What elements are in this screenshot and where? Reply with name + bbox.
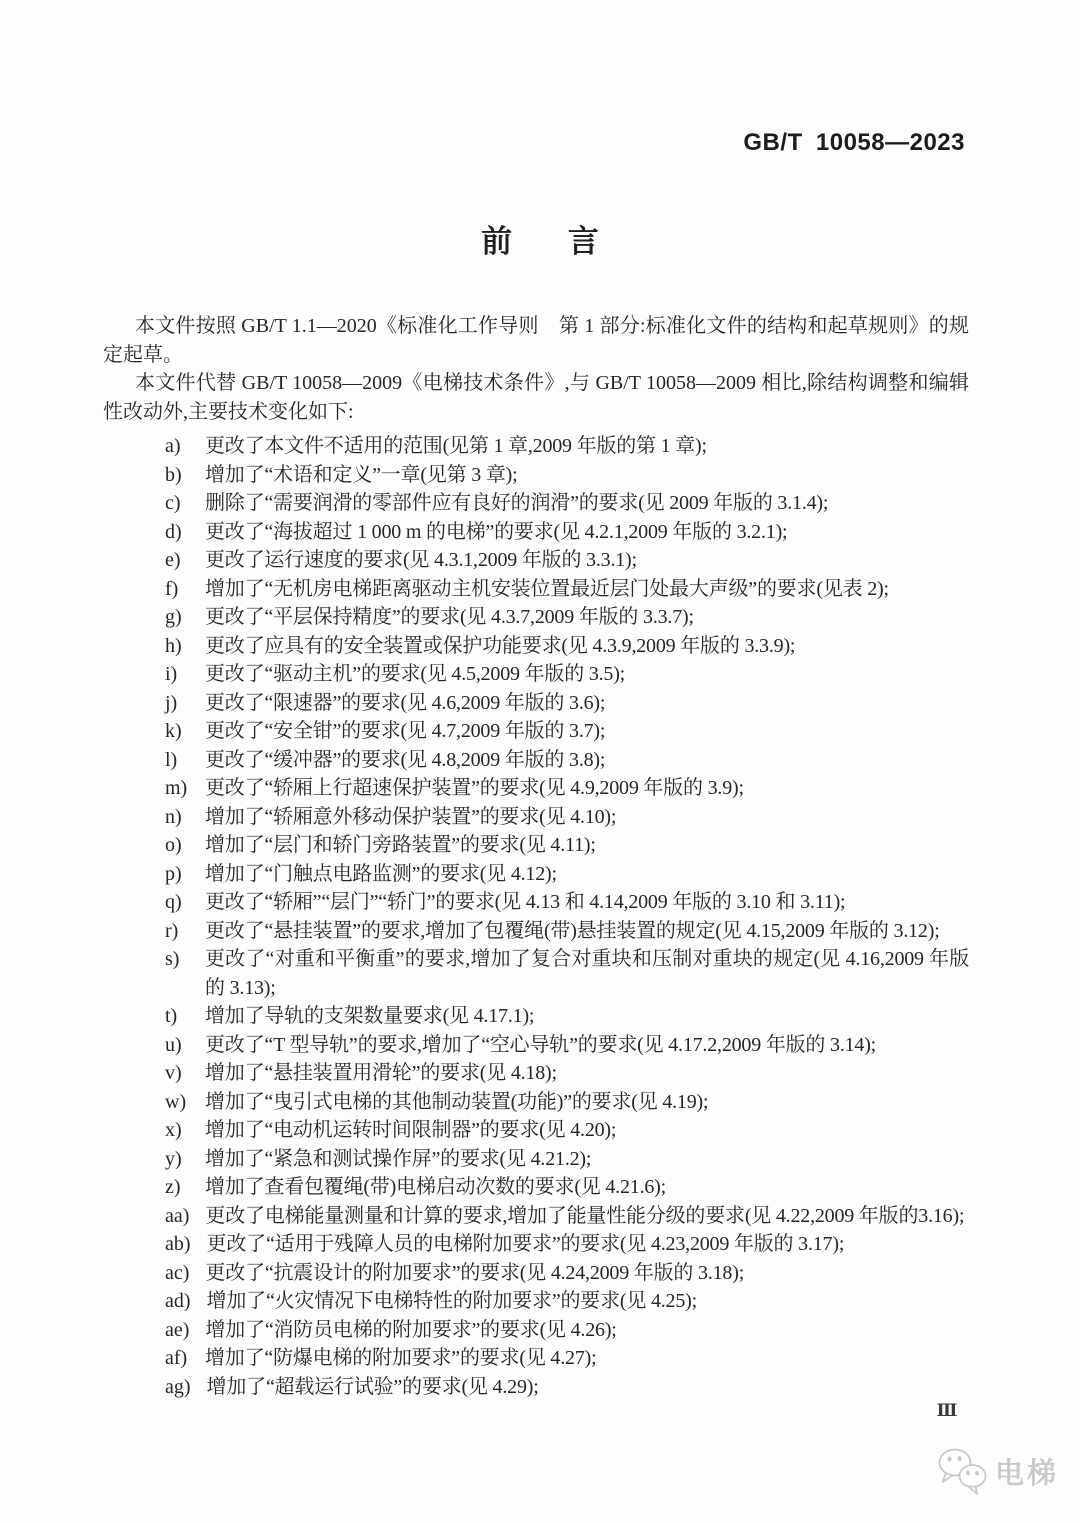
change-item-label: w) [165, 1088, 189, 1117]
change-item: ac) 更改了“抗震设计的附加要求”的要求(见 4.24,2009 年版的 3.… [103, 1259, 969, 1288]
change-item-text: 更改了“海拔超过 1 000 m 的电梯”的要求(见 4.2.1,2009 年版… [205, 518, 969, 547]
change-item-label: ad) [165, 1287, 191, 1316]
change-item: r) 更改了“悬挂装置”的要求,增加了包覆绳(带)悬挂装置的规定(见 4.15,… [103, 917, 969, 946]
change-item-label: aa) [165, 1202, 189, 1231]
change-item-text: 更改了“驱动主机”的要求(见 4.5,2009 年版的 3.5); [205, 660, 969, 689]
change-item: g) 更改了“平层保持精度”的要求(见 4.3.7,2009 年版的 3.3.7… [103, 603, 969, 632]
change-item-text: 增加了“火灾情况下电梯特性的附加要求”的要求(见 4.25); [207, 1287, 969, 1316]
change-item-label: g) [165, 603, 189, 632]
change-item-label: b) [165, 461, 189, 490]
page-number: Ⅲ [930, 1401, 964, 1421]
change-item: e) 更改了运行速度的要求(见 4.3.1,2009 年版的 3.3.1); [103, 546, 969, 575]
change-item: p) 增加了“门触点电路监测”的要求(见 4.12); [103, 860, 969, 889]
change-item-label: af) [165, 1344, 189, 1373]
change-item-text: 更改了本文件不适用的范围(见第 1 章,2009 年版的第 1 章); [205, 432, 969, 461]
change-item: y) 增加了“紧急和测试操作屏”的要求(见 4.21.2); [103, 1145, 969, 1174]
change-item-text: 更改了“悬挂装置”的要求,增加了包覆绳(带)悬挂装置的规定(见 4.15,200… [205, 917, 969, 946]
change-item-text: 增加了“门触点电路监测”的要求(见 4.12); [205, 860, 969, 889]
change-item-label: o) [165, 831, 189, 860]
change-item-label: k) [165, 717, 189, 746]
change-item-label: ac) [165, 1259, 189, 1288]
change-item-label: u) [165, 1031, 189, 1060]
change-item-text: 增加了查看包覆绳(带)电梯启动次数的要求(见 4.21.6); [205, 1173, 969, 1202]
change-item: q) 更改了“轿厢”“层门”“轿门”的要求(见 4.13 和 4.14,2009… [103, 888, 969, 917]
change-item: x) 增加了“电动机运转时间限制器”的要求(见 4.20); [103, 1116, 969, 1145]
change-item-text: 更改了“安全钳”的要求(见 4.7,2009 年版的 3.7); [205, 717, 969, 746]
document-page: GB/T 10058—2023 前言 本文件按照 GB/T 1.1—2020《标… [0, 0, 1080, 1523]
change-item-text: 增加了“曳引式电梯的其他制动装置(功能)”的要求(见 4.19); [205, 1088, 969, 1117]
change-item: o) 增加了“层门和轿门旁路装置”的要求(见 4.11); [103, 831, 969, 860]
change-item-text: 更改了“平层保持精度”的要求(见 4.3.7,2009 年版的 3.3.7); [205, 603, 969, 632]
wechat-icon [936, 1446, 990, 1496]
change-item-text: 删除了“需要润滑的零部件应有良好的润滑”的要求(见 2009 年版的 3.1.4… [205, 489, 969, 518]
change-item: z) 增加了查看包覆绳(带)电梯启动次数的要求(见 4.21.6); [103, 1173, 969, 1202]
change-item-label: y) [165, 1145, 189, 1174]
change-item: f) 增加了“无机房电梯距离驱动主机安装位置最近层门处最大声级”的要求(见表 2… [103, 575, 969, 604]
change-item-label: c) [165, 489, 189, 518]
change-item: t) 增加了导轨的支架数量要求(见 4.17.1); [103, 1002, 969, 1031]
change-item-label: v) [165, 1059, 189, 1088]
change-item-label: t) [165, 1002, 189, 1031]
change-item-label: ae) [165, 1316, 189, 1345]
change-item-label: x) [165, 1116, 189, 1145]
change-item: ad) 增加了“火灾情况下电梯特性的附加要求”的要求(见 4.25); [103, 1287, 969, 1316]
foreword-paragraph: 本文件按照 GB/T 1.1—2020《标准化工作导则 第 1 部分:标准化文件… [103, 312, 969, 369]
change-item: af) 增加了“防爆电梯的附加要求”的要求(见 4.27); [103, 1344, 969, 1373]
change-item-text: 更改了电梯能量测量和计算的要求,增加了能量性能分级的要求(见 4.22,2009… [205, 1202, 969, 1231]
change-item: k) 更改了“安全钳”的要求(见 4.7,2009 年版的 3.7); [103, 717, 969, 746]
change-item: n) 增加了“轿厢意外移动保护装置”的要求(见 4.10); [103, 803, 969, 832]
foreword-content: 本文件按照 GB/T 1.1—2020《标准化工作导则 第 1 部分:标准化文件… [103, 312, 969, 1401]
change-item: j) 更改了“限速器”的要求(见 4.6,2009 年版的 3.6); [103, 689, 969, 718]
change-item-text: 增加了“消防员电梯的附加要求”的要求(见 4.26); [205, 1316, 969, 1345]
change-item-text: 增加了“无机房电梯距离驱动主机安装位置最近层门处最大声级”的要求(见表 2); [205, 575, 969, 604]
change-item-label: ab) [165, 1230, 191, 1259]
change-item-label: h) [165, 632, 189, 661]
change-item-label: j) [165, 689, 189, 718]
change-item-label: z) [165, 1173, 189, 1202]
change-item-text: 增加了“层门和轿门旁路装置”的要求(见 4.11); [205, 831, 969, 860]
change-item-text: 更改了“限速器”的要求(见 4.6,2009 年版的 3.6); [205, 689, 969, 718]
change-item-label: q) [165, 888, 189, 917]
change-item: ae) 增加了“消防员电梯的附加要求”的要求(见 4.26); [103, 1316, 969, 1345]
change-list: a) 更改了本文件不适用的范围(见第 1 章,2009 年版的第 1 章); b… [103, 432, 969, 1401]
watermark-label: 电梯 [995, 1451, 1059, 1492]
change-item: v) 增加了“悬挂装置用滑轮”的要求(见 4.18); [103, 1059, 969, 1088]
foreword-paragraph: 本文件代替 GB/T 10058—2009《电梯技术条件》,与 GB/T 100… [103, 369, 969, 426]
change-item: ag) 增加了“超载运行试验”的要求(见 4.29); [103, 1373, 969, 1402]
change-item-text: 更改了“抗震设计的附加要求”的要求(见 4.24,2009 年版的 3.18); [205, 1259, 969, 1288]
change-item-label: s) [165, 945, 189, 1002]
change-item-label: i) [165, 660, 189, 689]
change-item: aa) 更改了电梯能量测量和计算的要求,增加了能量性能分级的要求(见 4.22,… [103, 1202, 969, 1231]
change-item-label: a) [165, 432, 189, 461]
change-item-text: 增加了“术语和定义”一章(见第 3 章); [205, 461, 969, 490]
change-item: u) 更改了“T 型导轨”的要求,增加了“空心导轨”的要求(见 4.17.2,2… [103, 1031, 969, 1060]
change-item-text: 增加了“轿厢意外移动保护装置”的要求(见 4.10); [205, 803, 969, 832]
change-item-text: 增加了导轨的支架数量要求(见 4.17.1); [205, 1002, 969, 1031]
change-item-text: 更改了“对重和平衡重”的要求,增加了复合对重块和压制对重块的规定(见 4.16,… [205, 945, 969, 1002]
change-item: i) 更改了“驱动主机”的要求(见 4.5,2009 年版的 3.5); [103, 660, 969, 689]
change-item-text: 增加了“超载运行试验”的要求(见 4.29); [207, 1373, 969, 1402]
change-item-label: d) [165, 518, 189, 547]
change-item-text: 更改了“适用于残障人员的电梯附加要求”的要求(见 4.23,2009 年版的 3… [207, 1230, 969, 1259]
change-item: ab) 更改了“适用于残障人员的电梯附加要求”的要求(见 4.23,2009 年… [103, 1230, 969, 1259]
change-item: m) 更改了“轿厢上行超速保护装置”的要求(见 4.9,2009 年版的 3.9… [103, 774, 969, 803]
change-item-text: 更改了运行速度的要求(见 4.3.1,2009 年版的 3.3.1); [205, 546, 969, 575]
change-item: l) 更改了“缓冲器”的要求(见 4.8,2009 年版的 3.8); [103, 746, 969, 775]
change-item-label: n) [165, 803, 189, 832]
change-item-text: 更改了应具有的安全装置或保护功能要求(见 4.3.9,2009 年版的 3.3.… [205, 632, 969, 661]
change-item-label: p) [165, 860, 189, 889]
change-item-text: 增加了“电动机运转时间限制器”的要求(见 4.20); [205, 1116, 969, 1145]
change-item-text: 更改了“轿厢上行超速保护装置”的要求(见 4.9,2009 年版的 3.9); [205, 774, 969, 803]
change-item-label: f) [165, 575, 189, 604]
page-title: 前言 [0, 216, 1080, 261]
change-item-label: e) [165, 546, 189, 575]
change-item-label: m) [165, 774, 189, 803]
change-item-label: r) [165, 917, 189, 946]
change-item: h) 更改了应具有的安全装置或保护功能要求(见 4.3.9,2009 年版的 3… [103, 632, 969, 661]
change-item: w) 增加了“曳引式电梯的其他制动装置(功能)”的要求(见 4.19); [103, 1088, 969, 1117]
change-item: b) 增加了“术语和定义”一章(见第 3 章); [103, 461, 969, 490]
change-item-text: 更改了“轿厢”“层门”“轿门”的要求(见 4.13 和 4.14,2009 年版… [205, 888, 969, 917]
change-item-text: 更改了“缓冲器”的要求(见 4.8,2009 年版的 3.8); [205, 746, 969, 775]
change-item-text: 增加了“防爆电梯的附加要求”的要求(见 4.27); [205, 1344, 969, 1373]
change-item-label: l) [165, 746, 189, 775]
standard-number: GB/T 10058—2023 [743, 129, 965, 157]
change-item: a) 更改了本文件不适用的范围(见第 1 章,2009 年版的第 1 章); [103, 432, 969, 461]
watermark: 电梯 [936, 1446, 1059, 1496]
change-item: d) 更改了“海拔超过 1 000 m 的电梯”的要求(见 4.2.1,2009… [103, 518, 969, 547]
change-item-text: 增加了“紧急和测试操作屏”的要求(见 4.21.2); [205, 1145, 969, 1174]
change-item: s) 更改了“对重和平衡重”的要求,增加了复合对重块和压制对重块的规定(见 4.… [103, 945, 969, 1002]
change-item: c) 删除了“需要润滑的零部件应有良好的润滑”的要求(见 2009 年版的 3.… [103, 489, 969, 518]
change-item-text: 更改了“T 型导轨”的要求,增加了“空心导轨”的要求(见 4.17.2,2009… [205, 1031, 969, 1060]
change-item-label: ag) [165, 1373, 191, 1402]
change-item-text: 增加了“悬挂装置用滑轮”的要求(见 4.18); [205, 1059, 969, 1088]
